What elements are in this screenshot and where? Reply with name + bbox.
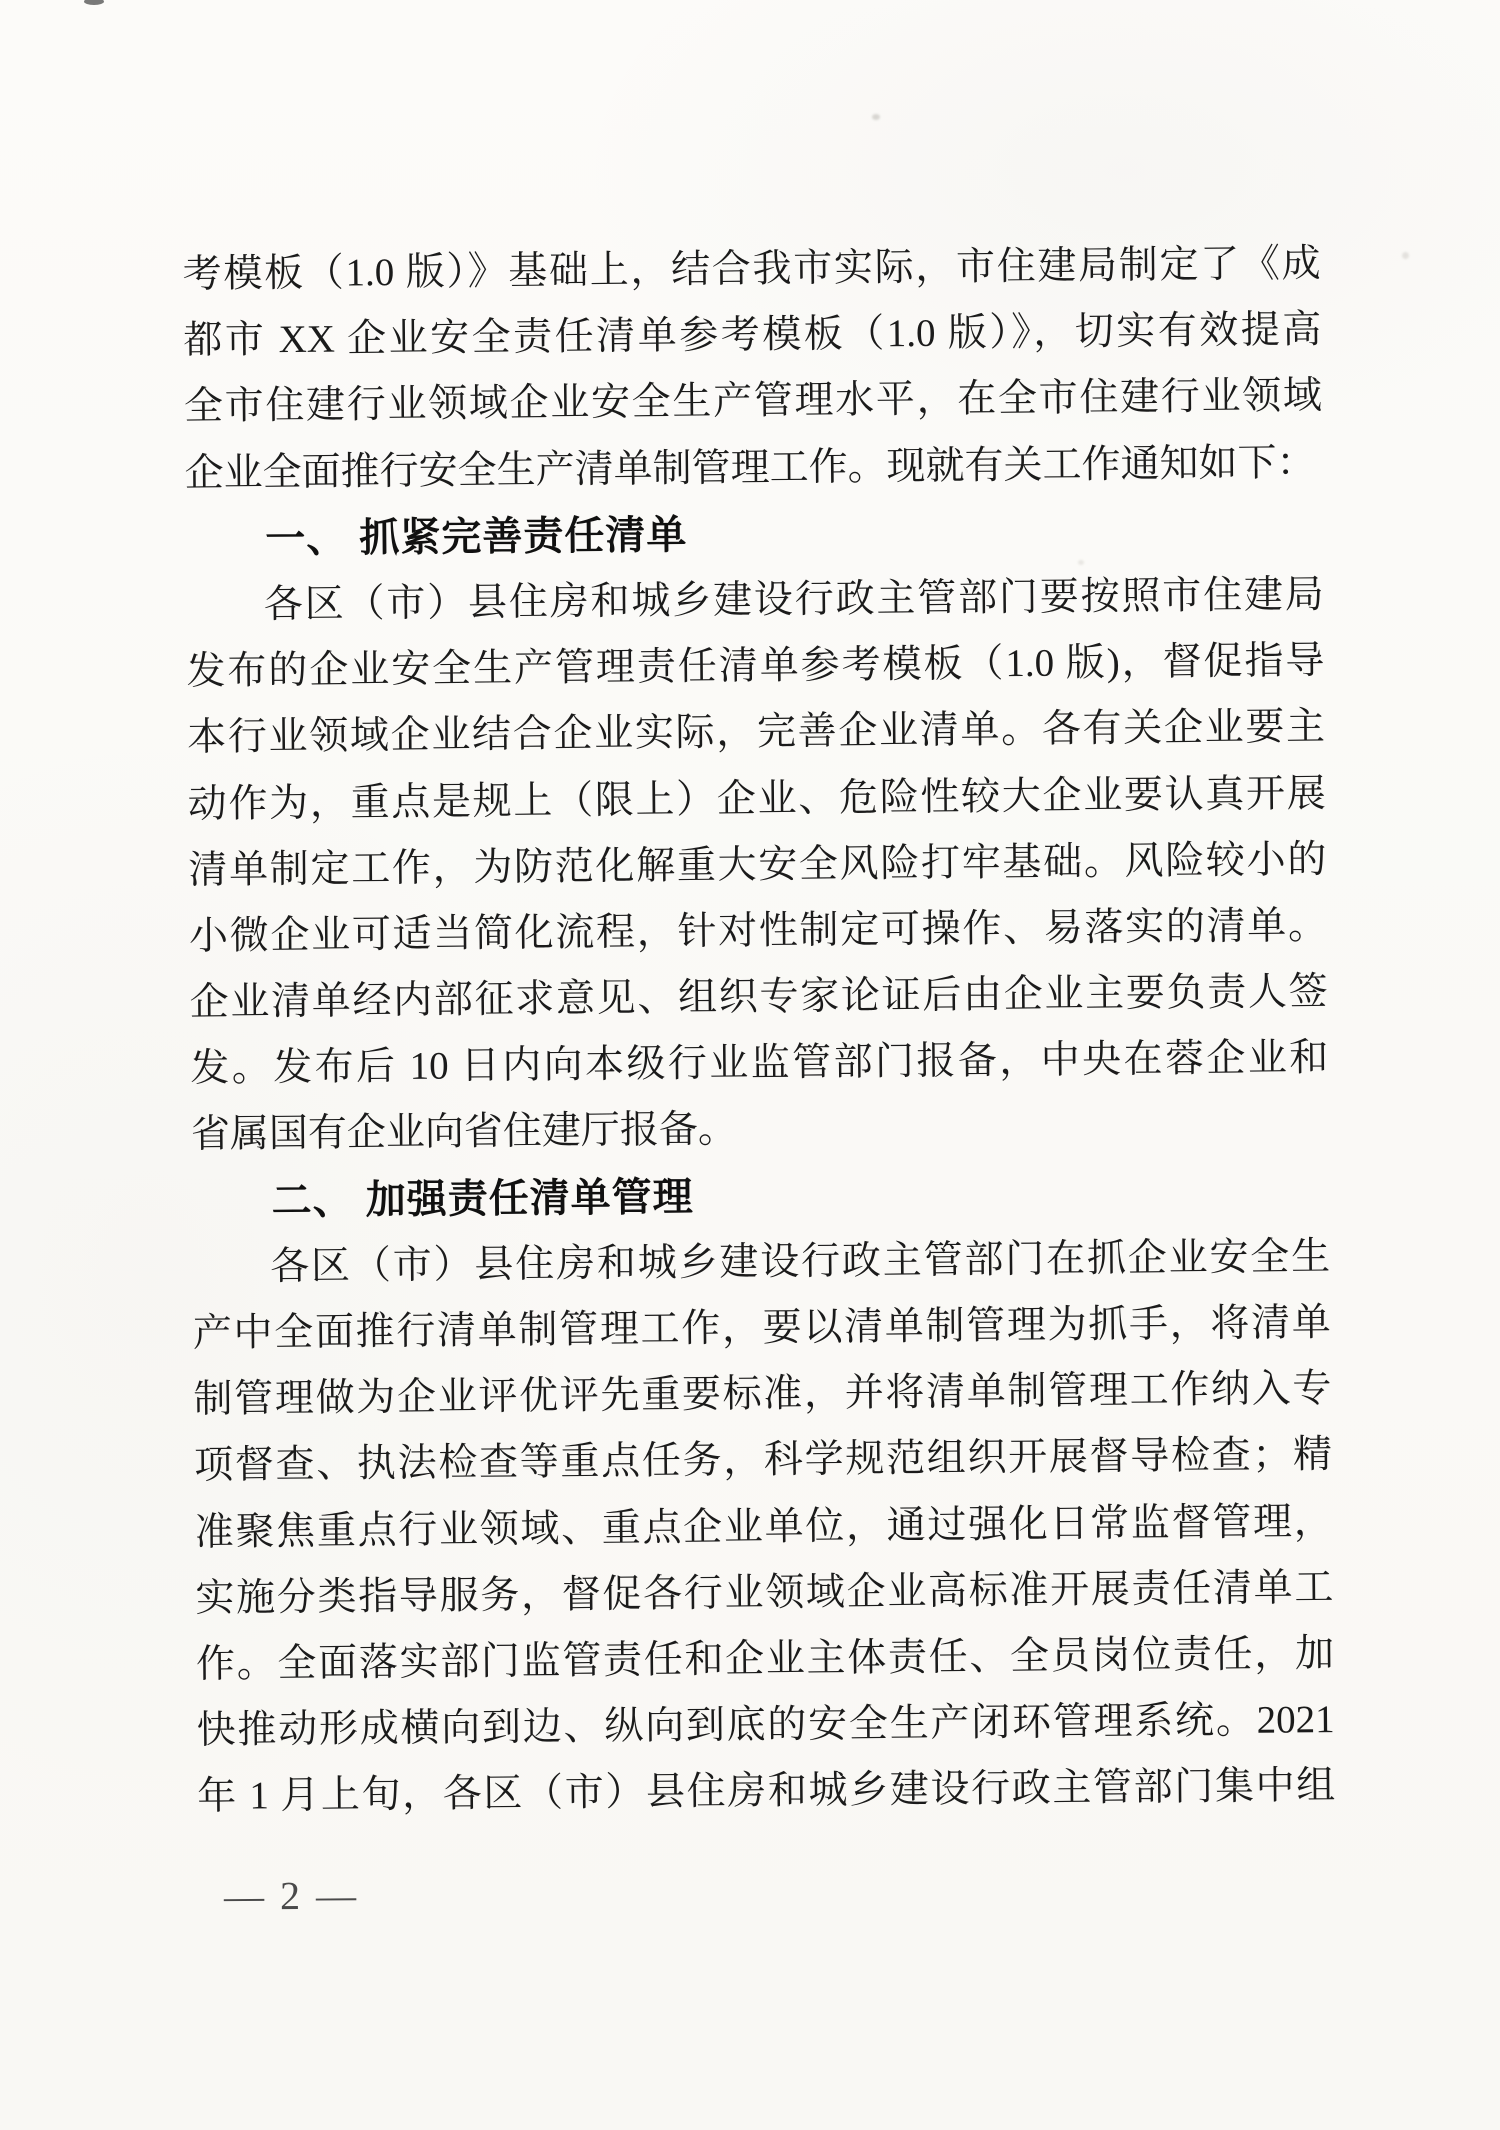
text-line: 快推动形成横向到边、纵向到底的安全生产闭环管理系统。2021: [196, 1687, 1335, 1764]
scan-artifact: [1402, 252, 1409, 259]
scan-artifact: [84, 0, 104, 5]
text-line: 本行业领域企业结合企业实际，完善企业清单。各有关企业要主: [187, 694, 1326, 771]
text-line: 考模板（1.0 版）》基础上，结合我市实际，市住建局制定了《成: [182, 231, 1321, 308]
text-line: 发。发布后 10 日内向本级行业监管部门报备，中央在蓉企业和: [190, 1025, 1329, 1102]
section-heading: 二、 加强责任清单管理: [191, 1158, 1330, 1235]
text-line: 企业清单经内部征求意见、组织专家论证后由企业主要负责人签: [189, 959, 1328, 1036]
text-line: 都市 XX 企业安全责任清单参考模板（1.0 版）》，切实有效提高: [183, 297, 1322, 374]
text-line: 产中全面推行清单制管理工作，要以清单制管理为抓手，将清单: [193, 1290, 1332, 1367]
text-line: 小微企业可适当简化流程，针对性制定可操作、易落实的清单。: [189, 893, 1328, 970]
text-line: 企业全面推行安全生产清单制管理工作。现就有关工作通知如下：: [184, 430, 1323, 507]
text-line: 各区（市）县住房和城乡建设行政主管部门在抓企业安全生: [192, 1224, 1331, 1301]
text-line: 发布的企业安全生产管理责任清单参考模板（1.0 版)，督促指导: [186, 628, 1325, 705]
text-line: 动作为，重点是规上（限上）企业、危险性较大企业要认真开展: [187, 761, 1326, 838]
text-line: 省属国有企业向省住建厅报备。: [191, 1092, 1330, 1169]
text-line: 作。全面落实部门监管责任和企业主体责任、全员岗位责任，加: [196, 1621, 1335, 1698]
text-line: 项督查、执法检查等重点任务，科学规范组织开展督导检查；精: [194, 1422, 1333, 1499]
text-line: 清单制定工作，为防范化解重大安全风险打牢基础。风险较小的: [188, 827, 1327, 904]
text-line: 各区（市）县住房和城乡建设行政主管部门要按照市住建局: [186, 562, 1325, 639]
text-line: 准聚焦重点行业领域、重点企业单位，通过强化日常监督管理，: [194, 1489, 1333, 1566]
text-line: 实施分类指导服务，督促各行业领域企业高标准开展责任清单工: [195, 1555, 1334, 1632]
text-line: 全市住建行业领域企业安全生产管理水平，在全市住建行业领域: [184, 363, 1323, 440]
text-line: 制管理做为企业评优评先重要标准，并将清单制管理工作纳入专: [193, 1356, 1332, 1433]
document-body: 考模板（1.0 版）》基础上，结合我市实际，市住建局制定了《成都市 XX 企业安…: [182, 231, 1335, 1830]
page-number: — 2 —: [224, 1872, 359, 1920]
scanned-document-page: 考模板（1.0 版）》基础上，结合我市实际，市住建局制定了《成都市 XX 企业安…: [0, 0, 1500, 2130]
text-line: 年 1 月上旬，各区（市）县住房和城乡建设行政主管部门集中组: [197, 1753, 1336, 1830]
section-heading: 一、 抓紧完善责任清单: [185, 496, 1324, 573]
scan-artifact: [872, 114, 880, 120]
